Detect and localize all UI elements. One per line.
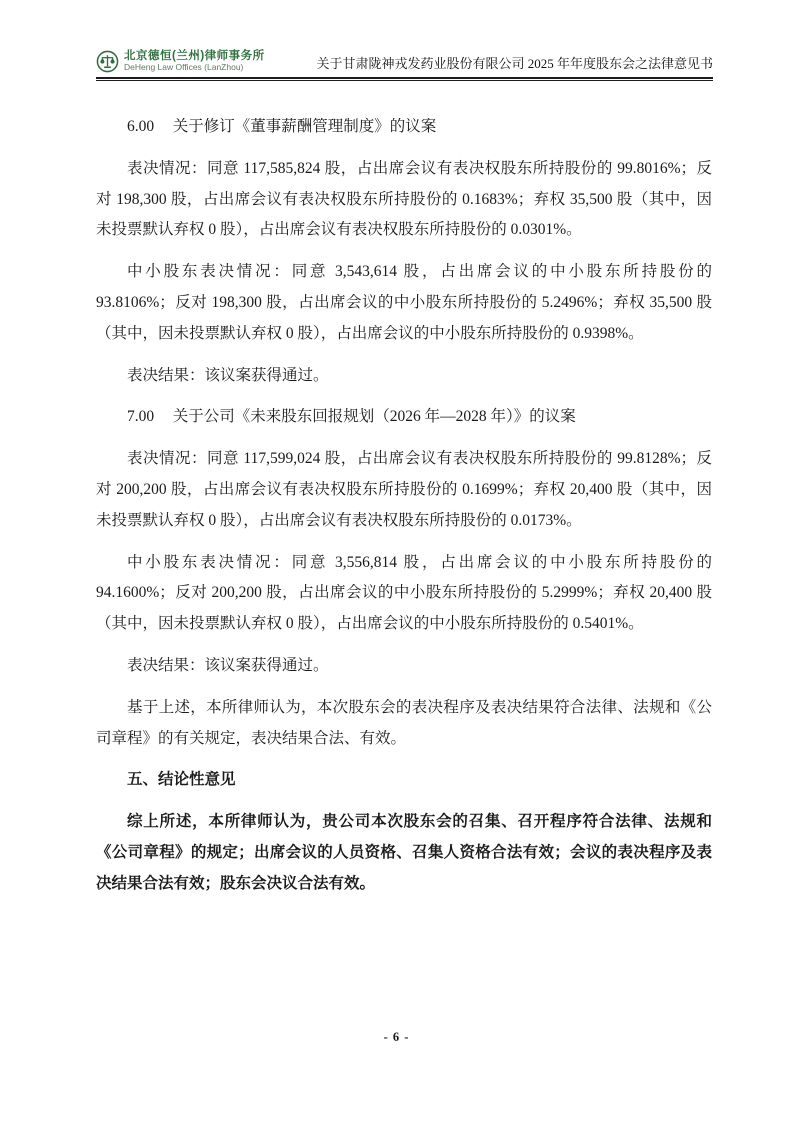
item7-number: 7.00	[127, 408, 154, 425]
law-firm-logo-block: 北京德恒(兰州)律师事务所 DeHeng Law Offices (LanZho…	[96, 50, 265, 73]
item6-heading: 6.00关于修订《董事薪酬管理制度》的议案	[96, 112, 712, 143]
item6-vote-paragraph: 表决情况：同意 117,585,824 股，占出席会议有表决权股东所持股份的 9…	[96, 154, 712, 246]
page-header: 北京德恒(兰州)律师事务所 DeHeng Law Offices (LanZho…	[96, 50, 713, 81]
item6-minor-vote-paragraph: 中小股东表决情况：同意 3,543,614 股，占出席会议的中小股东所持股份的 …	[96, 257, 712, 349]
item7-heading: 7.00关于公司《未来股东回报规划（2026 年—2028 年）》的议案	[96, 402, 712, 433]
page-number: - 6 -	[0, 1030, 793, 1045]
item6-number: 6.00	[127, 118, 154, 135]
item6-result-paragraph: 表决结果：该议案获得通过。	[96, 361, 712, 392]
summary-paragraph: 基于上述，本所律师认为，本次股东会的表决程序及表决结果符合法律、法规和《公司章程…	[96, 693, 712, 755]
item7-vote-paragraph: 表决情况：同意 117,599,024 股，占出席会议有表决权股东所持股份的 9…	[96, 444, 712, 536]
item7-result-paragraph: 表决结果：该议案获得通过。	[96, 651, 712, 682]
document-page: 北京德恒(兰州)律师事务所 DeHeng Law Offices (LanZho…	[0, 0, 793, 1122]
conclusion-paragraph: 综上所述，本所律师认为，贵公司本次股东会的召集、召开程序符合法律、法规和《公司章…	[96, 807, 712, 899]
document-body: 6.00关于修订《董事薪酬管理制度》的议案 表决情况：同意 117,585,82…	[96, 112, 712, 911]
document-title: 关于甘肃陇神戎发药业股份有限公司 2025 年年度股东会之法律意见书	[316, 53, 713, 73]
item7-title: 关于公司《未来股东回报规划（2026 年—2028 年）》的议案	[173, 408, 576, 425]
header-divider	[96, 77, 713, 81]
firm-name-en: DeHeng Law Offices (LanZhou)	[124, 63, 265, 73]
item7-minor-vote-paragraph: 中小股东表决情况：同意 3,556,814 股，占出席会议的中小股东所持股份的 …	[96, 548, 712, 640]
firm-name-block: 北京德恒(兰州)律师事务所 DeHeng Law Offices (LanZho…	[124, 50, 265, 73]
section5-heading: 五、结论性意见	[96, 765, 712, 796]
item6-title: 关于修订《董事薪酬管理制度》的议案	[173, 118, 437, 135]
deheng-logo-icon	[96, 50, 119, 73]
